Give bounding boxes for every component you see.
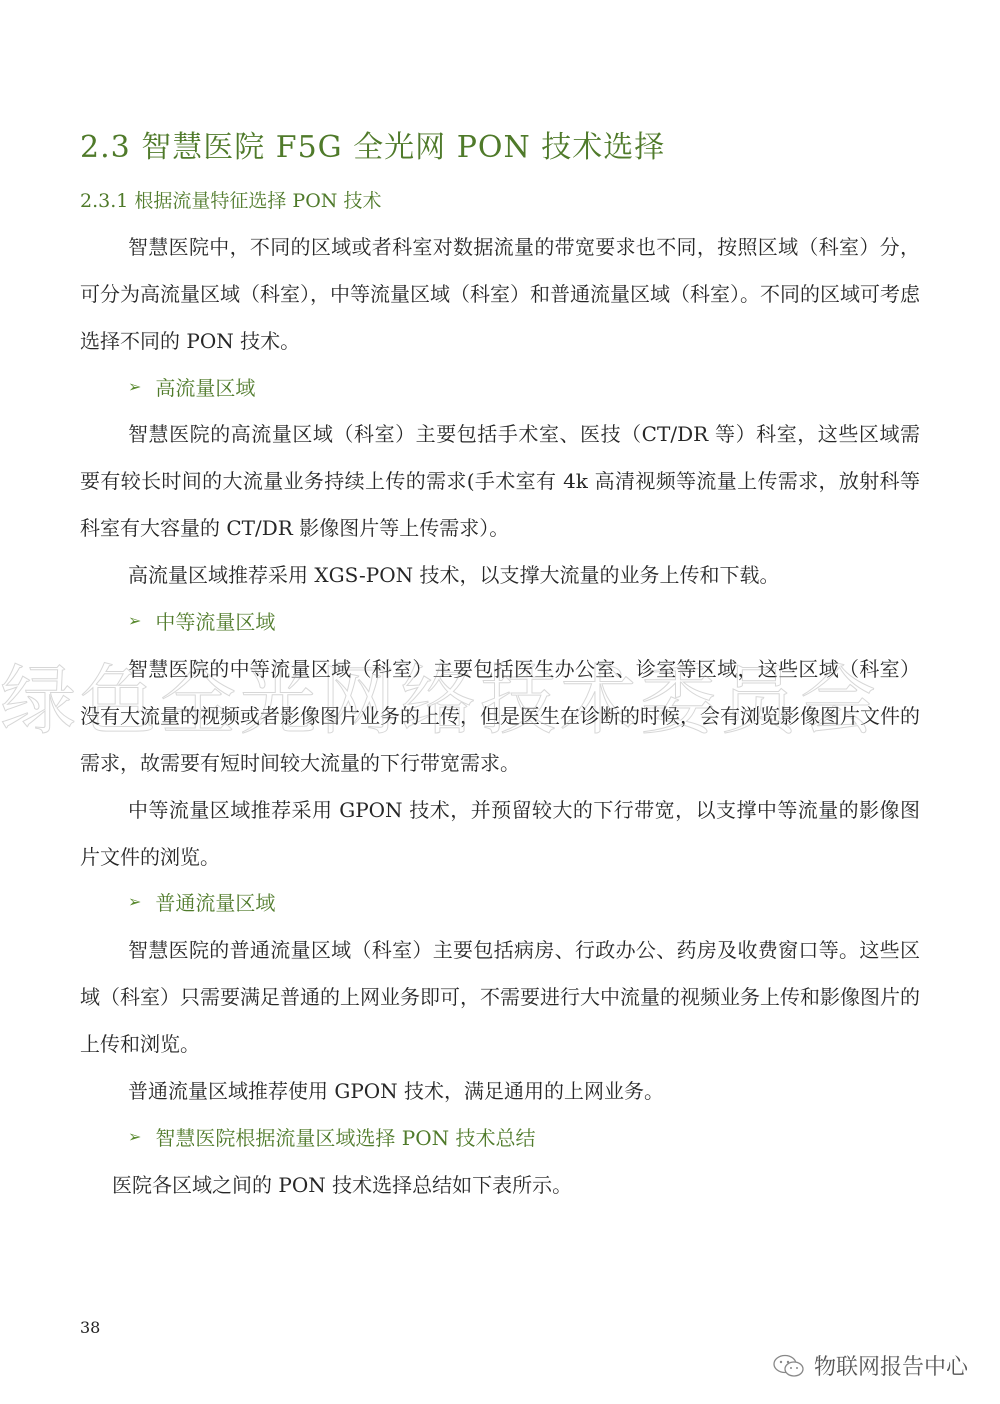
high-traffic-description: 智慧医院的高流量区域（科室）主要包括手术室、医技（CT/DR 等）科室，这些区域… bbox=[80, 411, 920, 552]
arrow-bullet-icon: ➢ bbox=[128, 1127, 141, 1146]
footer-brand: 物联网报告中心 bbox=[772, 1350, 968, 1381]
bullet-heading-medium-traffic: ➢ 中等流量区域 bbox=[128, 606, 275, 635]
normal-traffic-recommendation: 普通流量区域推荐使用 GPON 技术，满足通用的上网业务。 bbox=[80, 1068, 920, 1115]
arrow-bullet-icon: ➢ bbox=[128, 377, 141, 396]
bullet-heading-label: 中等流量区域 bbox=[155, 606, 275, 635]
bullet-heading-label: 普通流量区域 bbox=[155, 887, 275, 916]
intro-paragraph: 智慧医院中，不同的区域或者科室对数据流量的带宽要求也不同，按照区域（科室）分，可… bbox=[80, 224, 920, 365]
footer-brand-label: 物联网报告中心 bbox=[814, 1350, 968, 1381]
bullet-heading-summary: ➢ 智慧医院根据流量区域选择 PON 技术总结 bbox=[128, 1122, 535, 1151]
high-traffic-recommendation: 高流量区域推荐采用 XGS-PON 技术，以支撑大流量的业务上传和下载。 bbox=[80, 552, 920, 599]
normal-traffic-description: 智慧医院的普通流量区域（科室）主要包括病房、行政办公、药房及收费窗口等。这些区域… bbox=[80, 927, 920, 1068]
wechat-icon bbox=[772, 1354, 806, 1378]
arrow-bullet-icon: ➢ bbox=[128, 611, 141, 630]
bullet-heading-high-traffic: ➢ 高流量区域 bbox=[128, 372, 255, 401]
subsection-heading: 2.3.1 根据流量特征选择 PON 技术 bbox=[80, 186, 381, 213]
watermark-text: 绿色全光网络技术委员会 bbox=[0, 640, 1000, 749]
document-page: 2.3 智慧医院 F5G 全光网 PON 技术选择 2.3.1 根据流量特征选择… bbox=[0, 0, 1000, 1404]
medium-traffic-recommendation: 中等流量区域推荐采用 GPON 技术，并预留较大的下行带宽，以支撑中等流量的影像… bbox=[80, 787, 920, 881]
page-number: 38 bbox=[80, 1318, 100, 1337]
bullet-heading-label: 智慧医院根据流量区域选择 PON 技术总结 bbox=[155, 1122, 535, 1151]
bullet-heading-normal-traffic: ➢ 普通流量区域 bbox=[128, 887, 275, 916]
arrow-bullet-icon: ➢ bbox=[128, 892, 141, 911]
summary-paragraph: 医院各区域之间的 PON 技术选择总结如下表所示。 bbox=[80, 1162, 920, 1209]
bullet-heading-label: 高流量区域 bbox=[155, 372, 255, 401]
section-heading: 2.3 智慧医院 F5G 全光网 PON 技术选择 bbox=[80, 122, 665, 166]
